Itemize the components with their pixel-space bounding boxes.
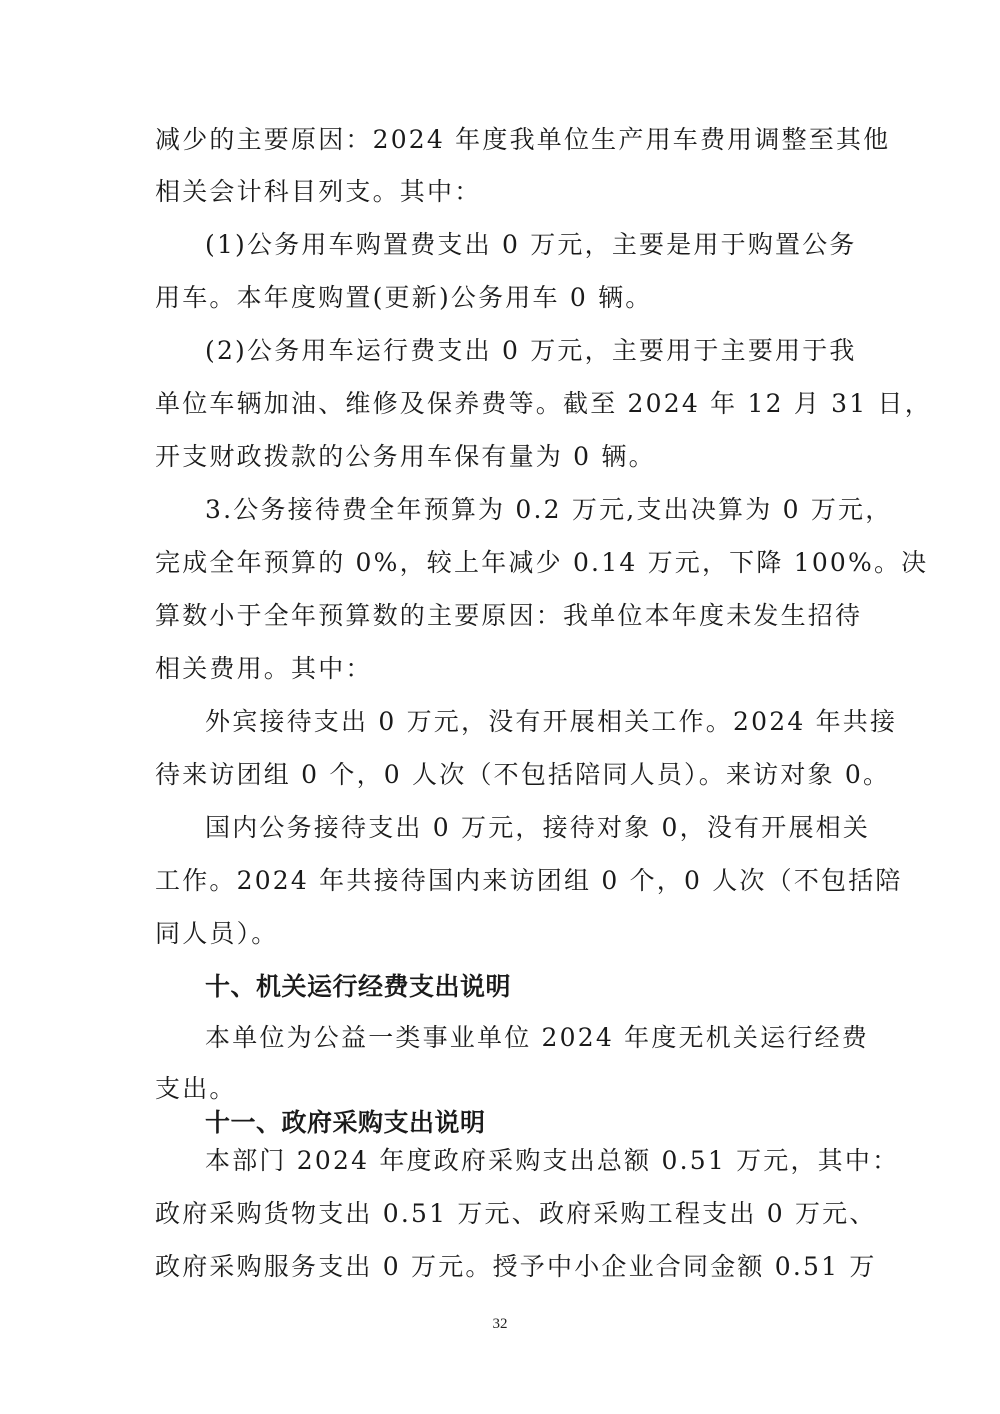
paragraph-line: 算数小于全年预算数的主要原因：我单位本年度未发生招待 — [155, 600, 850, 632]
paragraph-line: 本单位为公益一类事业单位 2024 年度无机关运行经费 — [205, 1022, 850, 1054]
paragraph-line: 同人员）。 — [155, 918, 850, 950]
section-heading-10: 十、机关运行经费支出说明 — [205, 971, 850, 1003]
paragraph-line: 工作。2024 年共接待国内来访团组 0 个，0 人次（不包括陪 — [155, 865, 850, 897]
paragraph-line: 相关费用。其中： — [155, 653, 850, 685]
page-number: 32 — [0, 1316, 1000, 1333]
paragraph-line: 相关会计科目列支。其中： — [155, 176, 850, 208]
section-heading-11: 十一、政府采购支出说明 — [205, 1107, 850, 1139]
paragraph-line: 支出。 — [155, 1073, 850, 1105]
paragraph-line: (2)公务用车运行费支出 0 万元，主要用于主要用于我 — [205, 335, 850, 367]
paragraph-line: 外宾接待支出 0 万元，没有开展相关工作。2024 年共接 — [205, 706, 850, 738]
paragraph-line: 政府采购服务支出 0 万元。授予中小企业合同金额 0.51 万 — [155, 1251, 850, 1283]
paragraph-line: 政府采购货物支出 0.51 万元、政府采购工程支出 0 万元、 — [155, 1198, 850, 1230]
paragraph-line: 用车。本年度购置(更新)公务用车 0 辆。 — [155, 282, 850, 314]
paragraph-line: 减少的主要原因：2024 年度我单位生产用车费用调整至其他 — [155, 124, 850, 156]
document-page: 减少的主要原因：2024 年度我单位生产用车费用调整至其他 相关会计科目列支。其… — [0, 0, 1000, 1414]
paragraph-line: (1)公务用车购置费支出 0 万元，主要是用于购置公务 — [205, 229, 850, 261]
paragraph-line: 国内公务接待支出 0 万元，接待对象 0，没有开展相关 — [205, 812, 850, 844]
paragraph-line: 待来访团组 0 个，0 人次（不包括陪同人员）。来访对象 0。 — [155, 759, 850, 791]
paragraph-line: 单位车辆加油、维修及保养费等。截至 2024 年 12 月 31 日， — [155, 388, 850, 420]
paragraph-line: 3.公务接待费全年预算为 0.2 万元,支出决算为 0 万元， — [205, 494, 850, 526]
paragraph-line: 开支财政拨款的公务用车保有量为 0 辆。 — [155, 441, 850, 473]
paragraph-line: 本部门 2024 年度政府采购支出总额 0.51 万元，其中： — [205, 1145, 850, 1177]
paragraph-line: 完成全年预算的 0%，较上年减少 0.14 万元，下降 100%。决 — [155, 547, 850, 579]
